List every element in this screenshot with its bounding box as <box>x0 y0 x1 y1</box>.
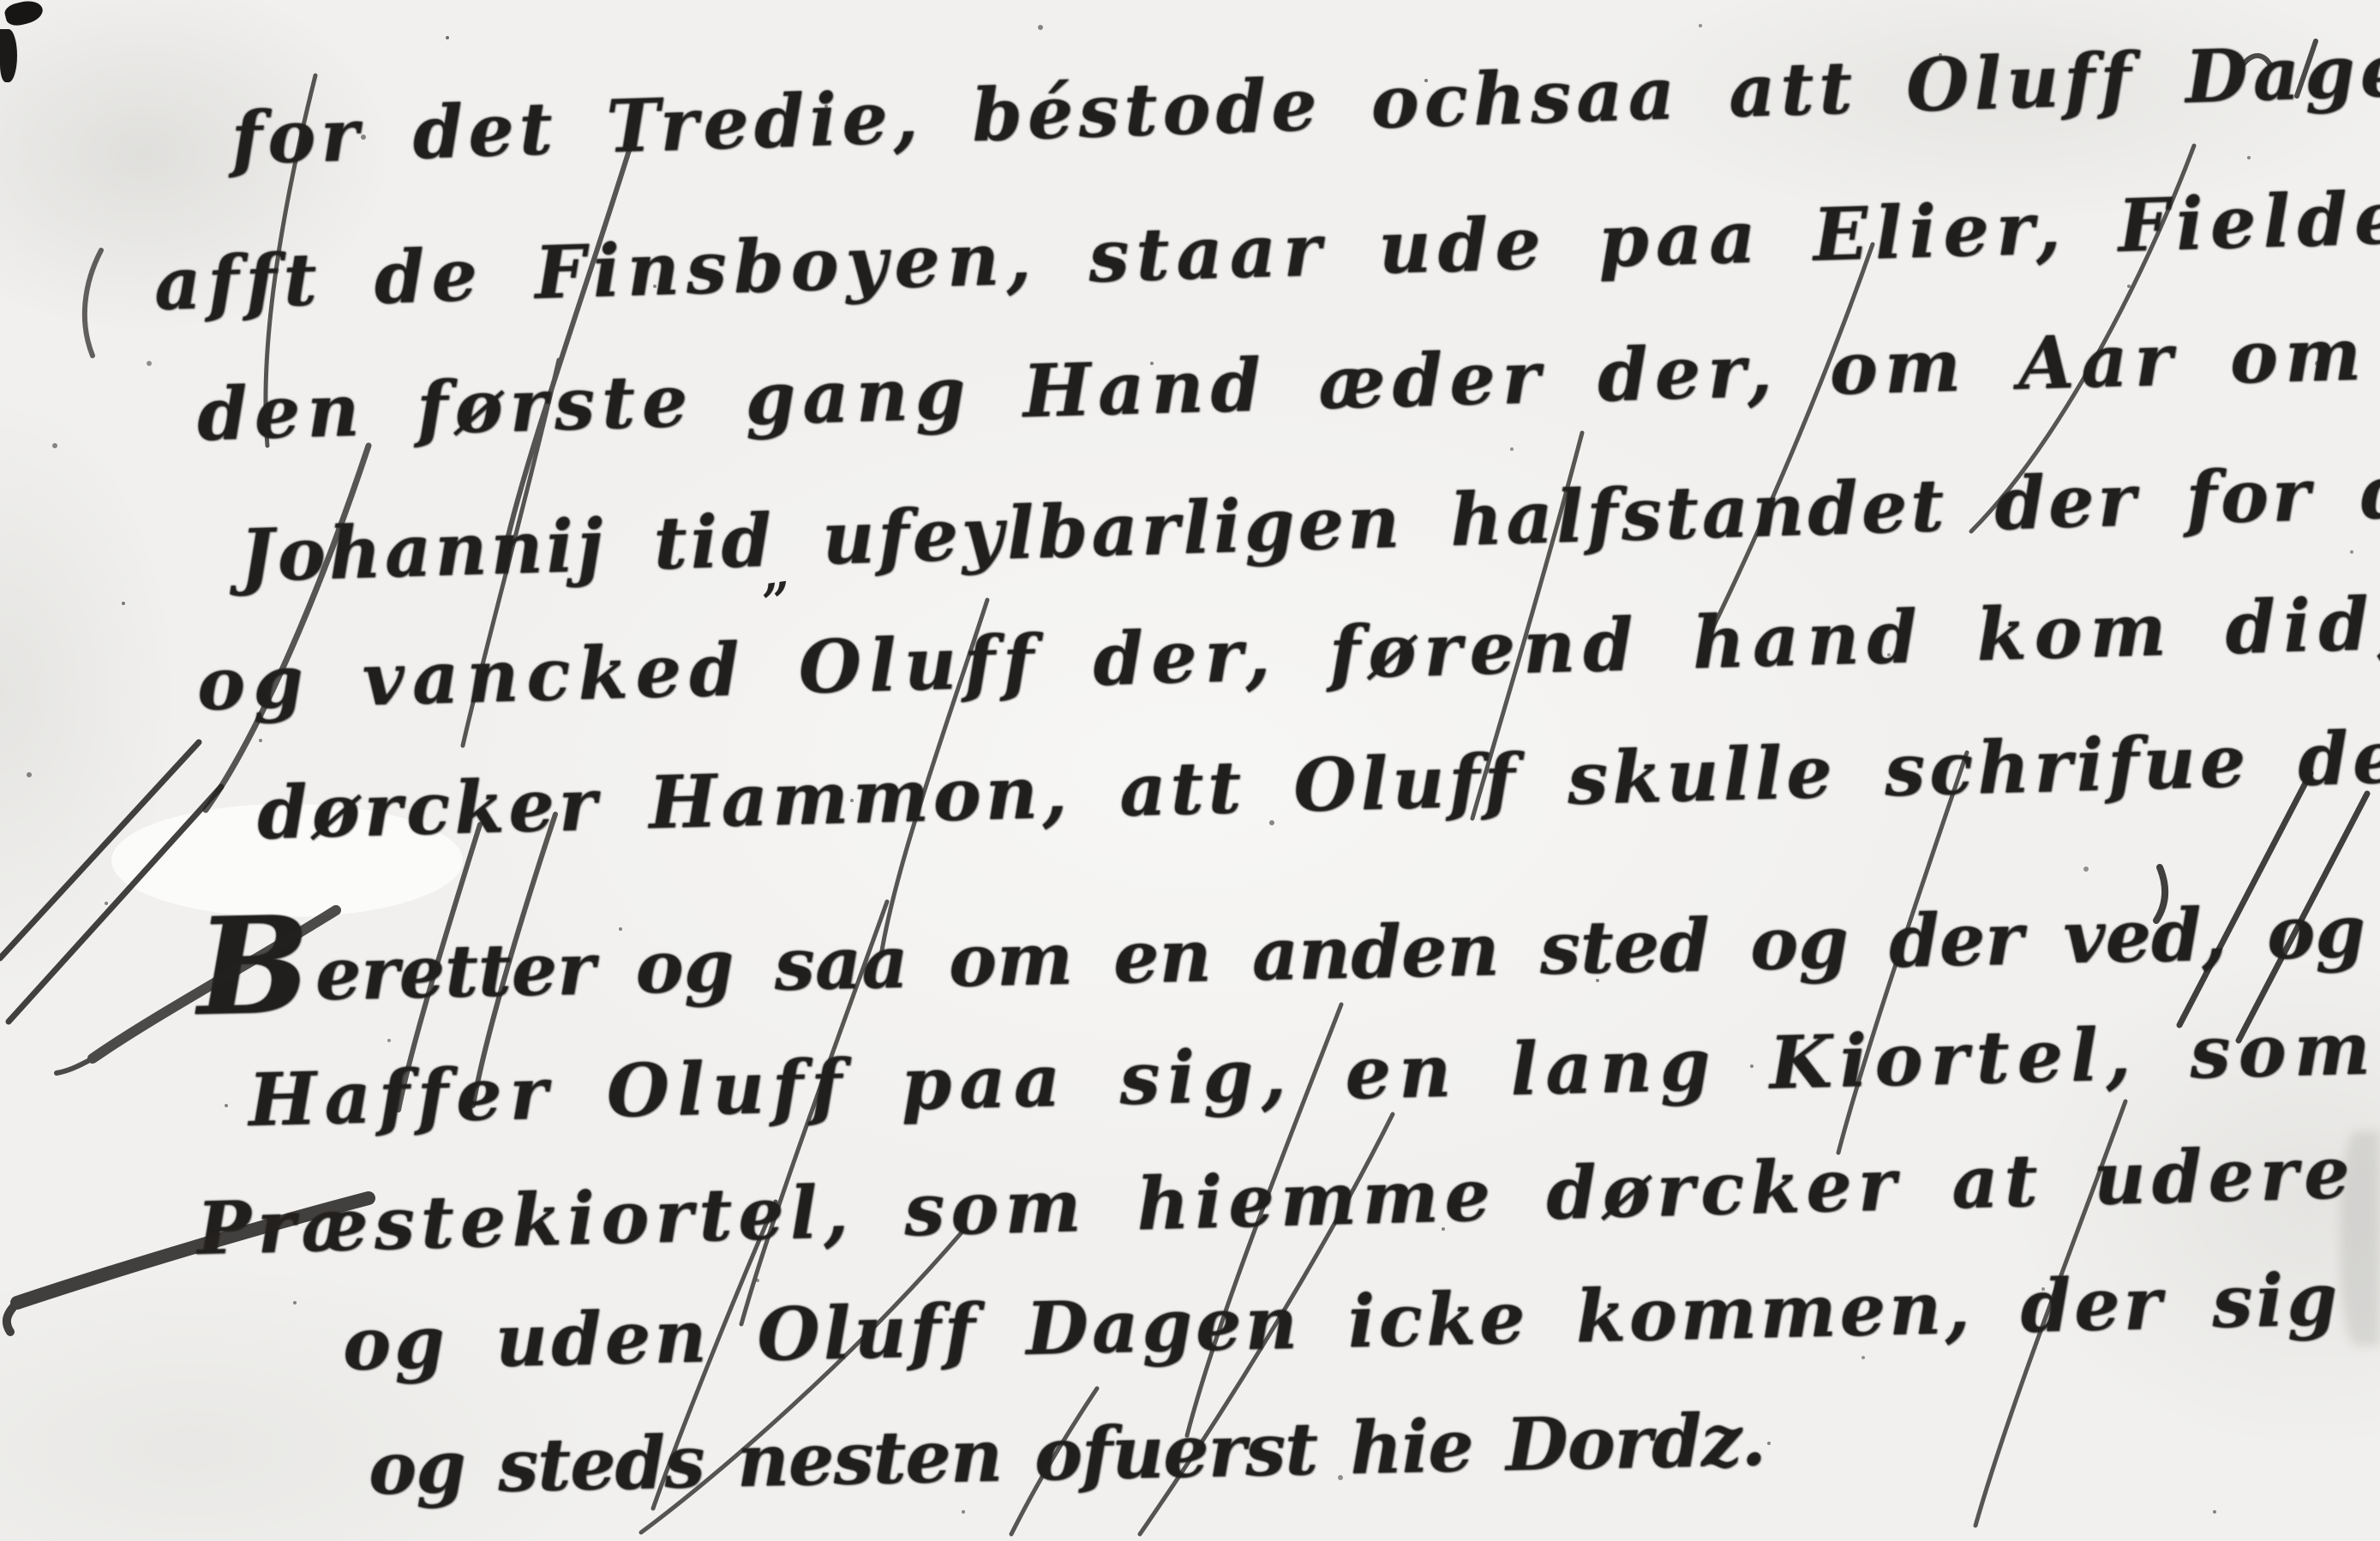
handwritten-line-8: Haffer Oluff paa sig, en lang Kiortel, s… <box>248 1002 2380 1143</box>
handwritten-line-3: den første gang Hand æder der, om Aar om… <box>196 308 2380 458</box>
handwritten-line-4: Johannij tid ufeylbarligen halfstandet d… <box>239 445 2380 599</box>
handwritten-line-5: og vancked Oluff der, førend hand kom di… <box>196 576 2380 728</box>
stray-paren-mark <box>85 250 101 356</box>
paragraph-initial-capital: B <box>195 886 312 1046</box>
handwritten-line-7: Beretter og saa om en anden sted og der … <box>196 873 2380 1020</box>
scan-edge-blot <box>0 29 17 82</box>
handwritten-line-10: og uden Oluff Dagen icke kommen, der sig… <box>342 1249 2380 1388</box>
manuscript-page: for det Tredie, béstode ochsaa att Oluff… <box>0 0 2380 1541</box>
handwritten-line-1: for det Tredie, béstode ochsaa att Oluff… <box>230 26 2380 182</box>
scan-edge-blot <box>3 0 45 28</box>
handwritten-line-6: dørcker Hammon, att Oluff skulle schrifu… <box>256 712 2380 856</box>
handwritten-line-11: og steds nesten ofuerst hie Dordz. <box>368 1397 1766 1512</box>
handwritten-line-2: afft de Finsboyen, staar ude paa Elier, … <box>153 175 2380 327</box>
ink-speckles <box>0 0 3 3</box>
handwritten-line-7-text: eretter og saa om en anden sted og der v… <box>315 883 2380 1016</box>
handwritten-line-9: Præstekiortel, som hiemme dørcker at ude… <box>196 1120 2380 1272</box>
